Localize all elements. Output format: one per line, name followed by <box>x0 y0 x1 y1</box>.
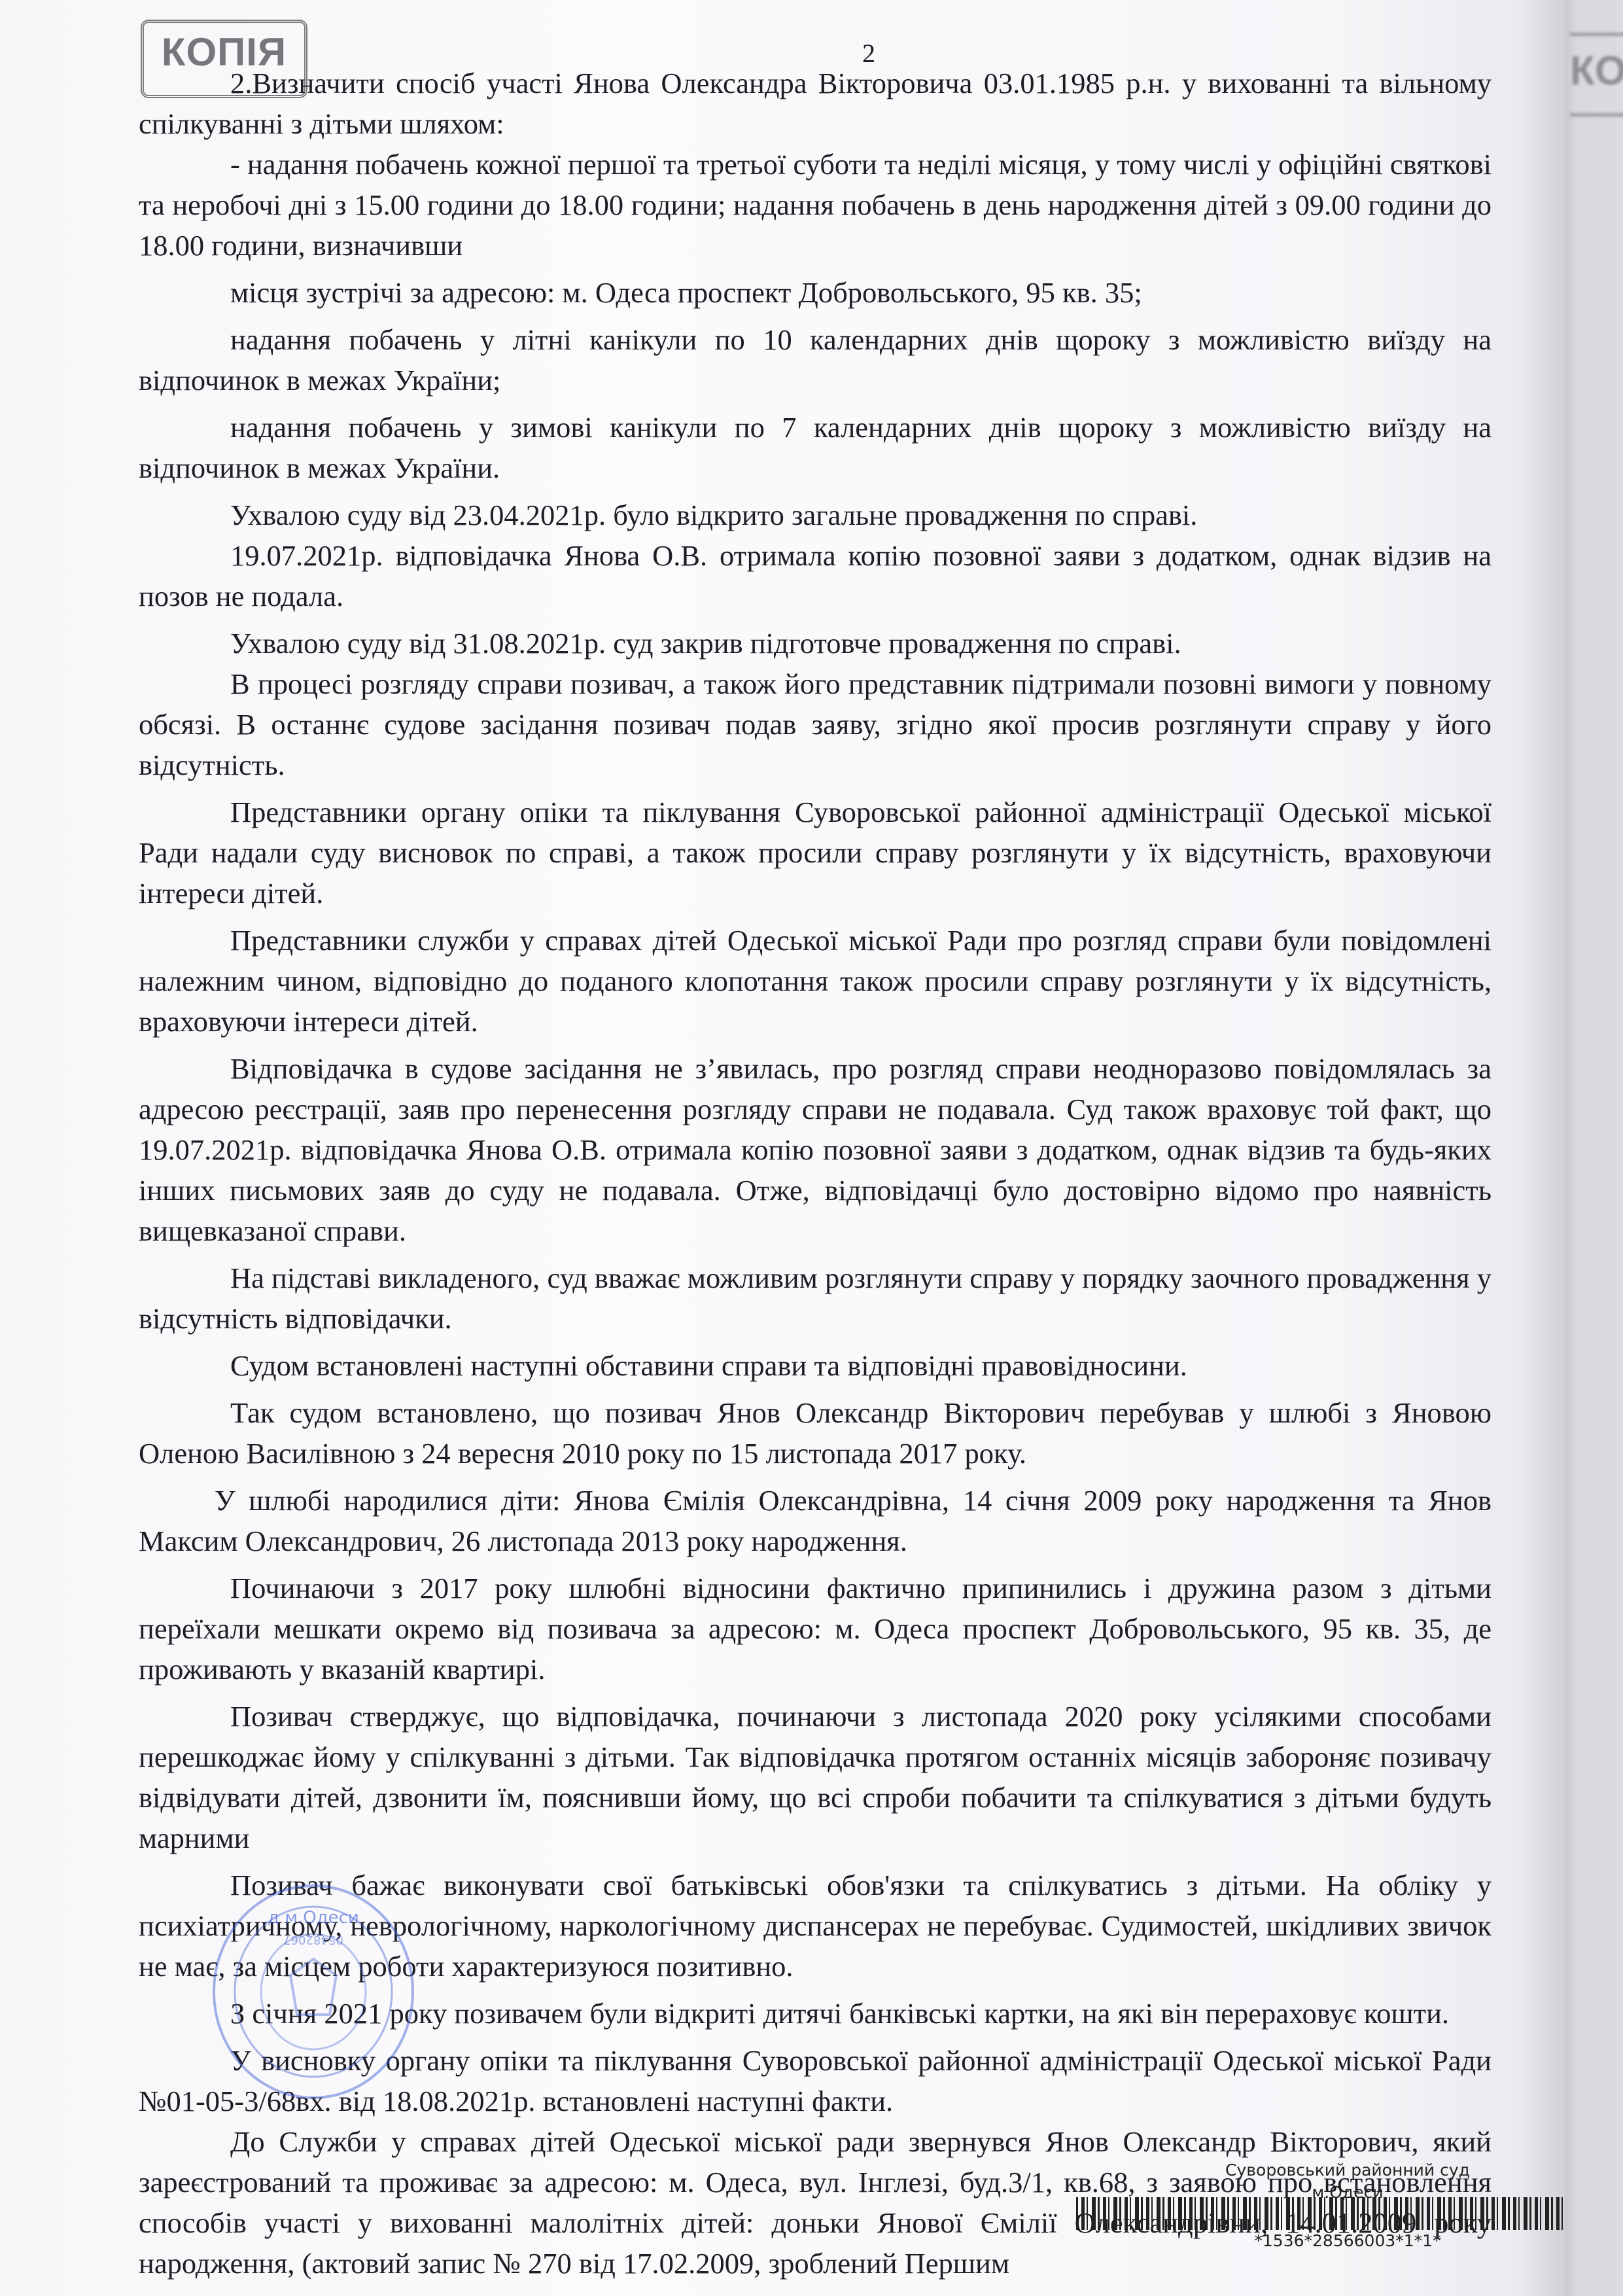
paragraph: Судом встановлені наступні обставини спр… <box>139 1345 1492 1386</box>
paragraph: Ухвалою суду від 31.08.2021р. суд закрив… <box>139 623 1492 663</box>
paragraph: Позивач стверджує, що відповідачка, почи… <box>139 1696 1492 1858</box>
court-name: Суворовський районний суд <box>1197 2159 1498 2181</box>
scanner-background-strip <box>1565 0 1623 2296</box>
paragraph: надання побачень у літні канікули по 10 … <box>139 319 1492 400</box>
paragraph: В процесі розгляду справи позивач, а так… <box>139 663 1492 785</box>
adjacent-page-stamp: КО <box>1570 33 1623 116</box>
paragraph: Починаючи з 2017 року шлюбні відносини ф… <box>139 1568 1492 1689</box>
svg-text:05482067: 05482067 <box>283 1933 343 1947</box>
paragraph: місця зустрічі за адресою: м. Одеса прос… <box>139 272 1492 313</box>
paragraph: надання побачень у зимові канікули по 7 … <box>139 407 1492 488</box>
barcode-number: *1536*28566003*1*1* <box>1197 2231 1498 2250</box>
paragraph: Відповідачка в судове засідання не з’яви… <box>139 1048 1492 1251</box>
svg-text:д м.Одеси: д м.Одеси <box>268 1908 359 1928</box>
paragraph: У шлюбі народилися діти: Янова Ємілія Ол… <box>139 1480 1492 1561</box>
paragraph: Ухвалою суду від 23.04.2021р. було відкр… <box>139 495 1492 535</box>
barcode <box>1076 2197 1563 2230</box>
seal-emblem-icon: д м.Одеси 05482067 <box>215 1887 411 2096</box>
paragraph: Представники служби у справах дітей Одес… <box>139 920 1492 1042</box>
paragraph: 19.07.2021р. відповідачка Янова О.В. отр… <box>139 535 1492 616</box>
court-seal: д м.Одеси 05482067 <box>213 1884 414 2099</box>
paragraph: Представники органу опіки та піклування … <box>139 792 1492 913</box>
paragraph: Так судом встановлено, що позивач Янов О… <box>139 1392 1492 1474</box>
paragraph: 2.Визначити спосіб участі Янова Олександ… <box>139 63 1492 144</box>
paragraph: На підставі викладеного, суд вважає можл… <box>139 1258 1492 1339</box>
paragraph: - надання побачень кожної першої та трет… <box>139 144 1492 266</box>
